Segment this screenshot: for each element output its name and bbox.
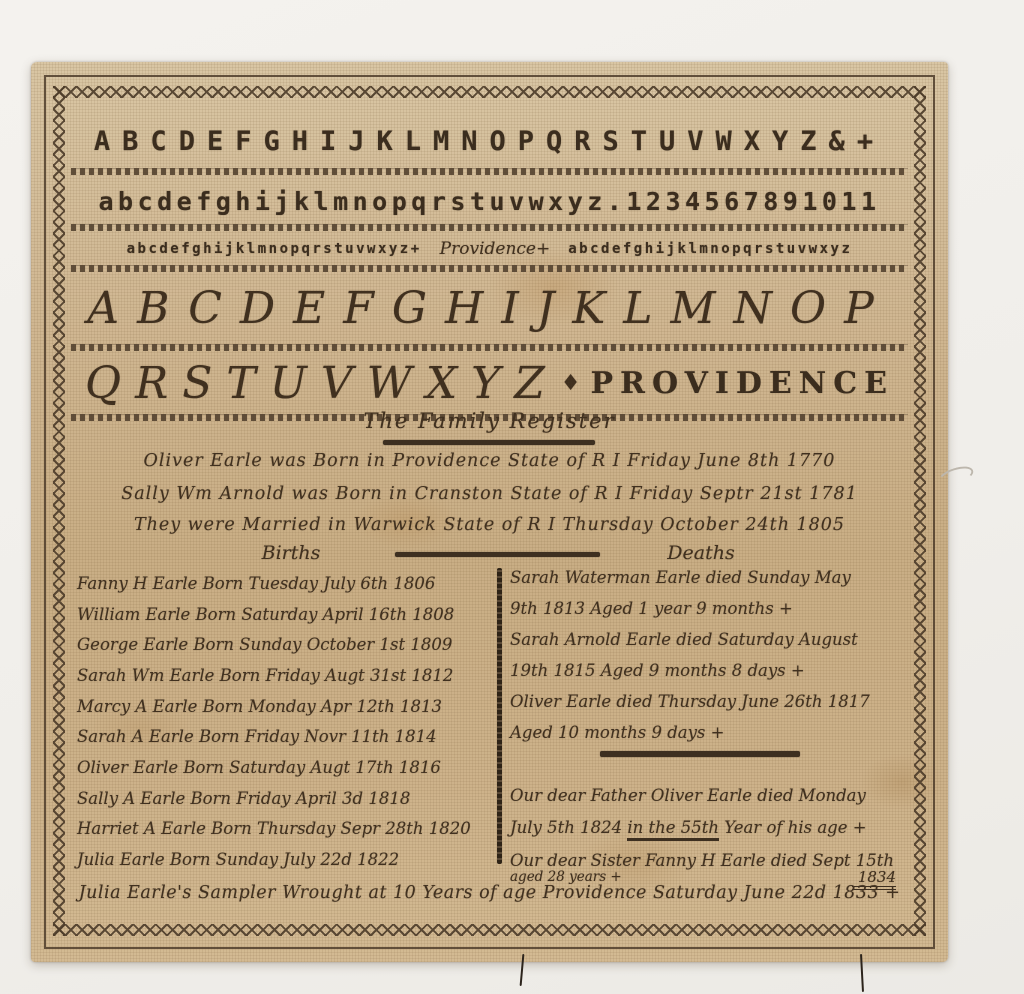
- small-providence-label: Providence+: [440, 239, 551, 259]
- death-entry-line: Oliver Earle died Thursday June 26th 181…: [510, 692, 914, 711]
- birth-entry: Fanny H Earle Born Tuesday July 6th 1806: [77, 568, 495, 599]
- register-title: The Family Register: [73, 408, 906, 434]
- death-entry-line: 9th 1813 Aged 1 year 9 months +: [510, 599, 914, 618]
- script-alphabet-qz: QRSTUVWXYZ: [85, 358, 559, 409]
- small-alphabet-right: abcdefghijklmnopqrstuvwxyz: [568, 241, 852, 257]
- title-underline-bar: [383, 440, 595, 445]
- providence-word: PROVIDENCE: [591, 366, 894, 401]
- birth-entry: Sarah Wm Earle Born Friday Augt 31st 181…: [77, 660, 495, 691]
- deaths-section-divider-bar: [600, 751, 800, 757]
- birth-entry: Sarah A Earle Born Friday Novr 11th 1814: [77, 721, 495, 752]
- birth-entry: Harriet A Earle Born Thursday Sepr 28th …: [77, 814, 495, 845]
- border-band-top: [53, 86, 926, 98]
- photo-background: ABCDEFGHIJKLMNOPQRSTUVWXYZ&+ abcdefghijk…: [0, 0, 1024, 994]
- deaths-header: Deaths: [591, 542, 811, 566]
- alphabet-row-small: abcdefghijklmnopqrstuvwxyz+ Providence+ …: [73, 236, 906, 262]
- birth-entry: William Earle Born Saturday April 16th 1…: [77, 599, 495, 630]
- diamond-separator-icon: ♦: [561, 371, 581, 396]
- birth-entry: Julia Earle Born Sunday July 22d 1822: [77, 844, 495, 875]
- register-parent-line-2: Sally Wm Arnold was Born in Cranston Sta…: [73, 481, 906, 507]
- script-alphabet-row-2: QRSTUVWXYZ ♦ PROVIDENCE: [73, 354, 906, 412]
- divider-band-1: [71, 168, 908, 175]
- birth-entry: Oliver Earle Born Saturday Augt 17th 181…: [77, 752, 495, 783]
- deaths-column: Sarah Waterman Earle died Sunday May 9th…: [510, 568, 914, 890]
- birth-entry: George Earle Born Sunday October 1st 180…: [77, 629, 495, 660]
- births-header: Births: [181, 542, 401, 566]
- border-band-bottom: [53, 924, 926, 936]
- small-alphabet-left: abcdefghijklmnopqrstuvwxyz+: [127, 241, 422, 257]
- divider-band-2: [71, 224, 908, 231]
- memorial-line-1: Our dear Father Oliver Earle died Monday: [510, 786, 914, 805]
- alphabet-row-uppercase: ABCDEFGHIJKLMNOPQRSTUVWXYZ&+: [73, 118, 906, 164]
- death-entry-line: Sarah Waterman Earle died Sunday May: [510, 568, 914, 587]
- colophon-line: Julia Earle's Sampler Wrought at 10 Year…: [73, 880, 906, 906]
- memorial-line-2: July 5th 1824 in the 55th Year of his ag…: [510, 818, 914, 837]
- register-parent-line-3: They were Married in Warwick State of R …: [73, 512, 906, 538]
- birth-entry: Marcy A Earle Born Monday Apr 12th 1813: [77, 691, 495, 722]
- births-column: Fanny H Earle Born Tuesday July 6th 1806…: [77, 568, 495, 875]
- divider-band-4: [71, 344, 908, 351]
- border-band-right: [914, 86, 926, 936]
- birth-entry: Sally A Earle Born Friday April 3d 1818: [77, 783, 495, 814]
- header-divider-bar: [395, 552, 600, 557]
- death-entry-line: Sarah Arnold Earle died Saturday August: [510, 630, 914, 649]
- alphabet-row-lowercase-numbers: abcdefghijklmnopqrstuvwxyz.1234567891011: [73, 180, 906, 222]
- column-divider-stitch: [497, 568, 502, 864]
- script-alphabet-row-1: ABCDEFGHIJKLMNOP: [73, 276, 906, 340]
- memorial-line-2-underlined: in the 55th: [627, 818, 719, 841]
- death-entry-line: 19th 1815 Aged 9 months 8 days +: [510, 661, 914, 680]
- border-band-left: [53, 86, 65, 936]
- divider-band-3: [71, 265, 908, 272]
- memorial-line-2-post: Year of his age +: [719, 818, 867, 837]
- embroidered-sampler: ABCDEFGHIJKLMNOPQRSTUVWXYZ&+ abcdefghijk…: [31, 62, 948, 962]
- memorial-line-2-pre: July 5th 1824: [510, 818, 627, 837]
- death-entry-line: Aged 10 months 9 days +: [510, 723, 914, 742]
- register-parent-line-1: Oliver Earle was Born in Providence Stat…: [73, 448, 906, 474]
